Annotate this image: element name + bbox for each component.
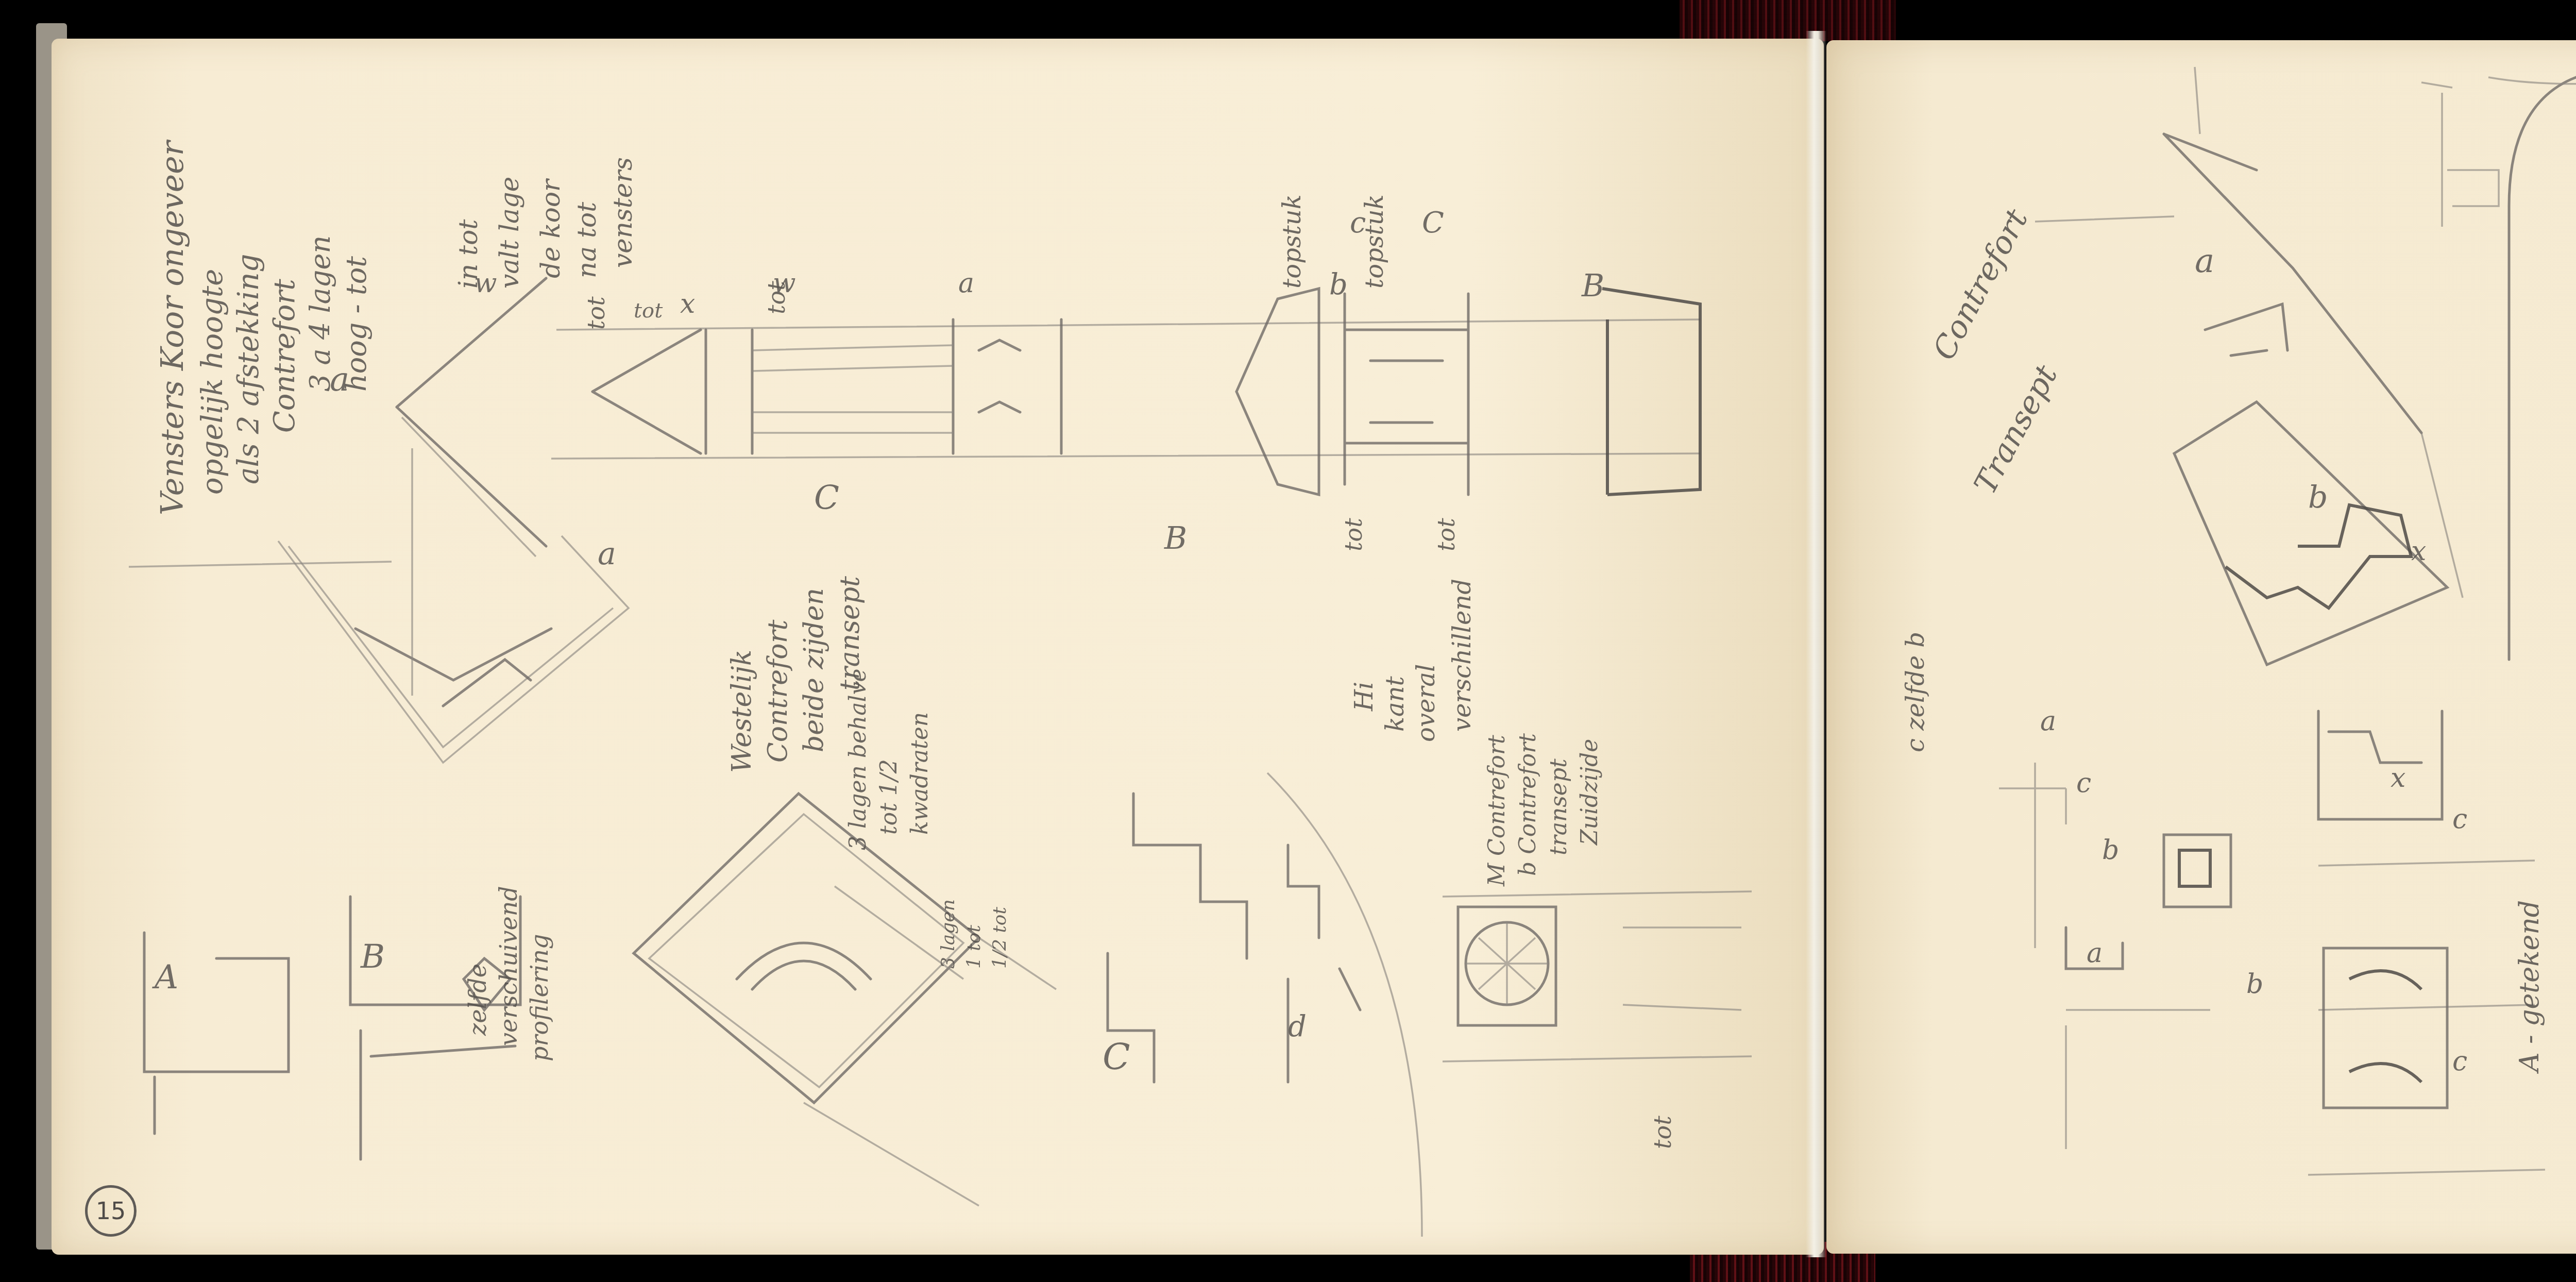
letter-a-1: a	[330, 361, 349, 399]
note-a-getekend: A - getekend	[2514, 900, 2545, 1072]
letter-w-2: w	[773, 268, 796, 299]
letter-a-r1: a	[2195, 242, 2214, 280]
letter-a-2: a	[598, 536, 616, 572]
stepped-plan-and-rosette	[1108, 773, 1752, 1237]
note-tot-5: tot	[1649, 1116, 1676, 1149]
letter-B-2: B	[1164, 520, 1187, 556]
tall-arch-window	[2421, 72, 2576, 660]
pencil-sketches	[0, 0, 2576, 1282]
letter-C-2: C	[1103, 1036, 1130, 1078]
note-tot-3: tot	[1340, 518, 1367, 551]
note-c-zelfde-b: c zelfde b	[1901, 632, 1930, 752]
letter-b-r1: b	[2308, 479, 2328, 515]
letter-c: c	[1350, 206, 1366, 240]
note-topstuk-1: topstuk	[1278, 194, 1307, 289]
letter-C-1: C	[814, 479, 839, 517]
letter-w-1: w	[474, 268, 497, 299]
letter-a-r2: a	[2040, 706, 2056, 737]
letter-c-r1: c	[2076, 768, 2091, 799]
letter-b: b	[1329, 268, 1348, 301]
letter-b-r3: b	[2246, 969, 2263, 1000]
letter-b-r2: b	[2102, 835, 2119, 866]
letter-c-r3: c	[2452, 1046, 2467, 1077]
letter-x-r1: x	[2411, 536, 2426, 567]
letter-d: d	[1288, 1010, 1307, 1043]
letter-B-1: B	[361, 938, 385, 976]
contrefort-transept-plan	[2035, 67, 2463, 665]
note-tot-4: tot	[1432, 518, 1460, 551]
buttress-elevation	[551, 289, 1700, 495]
letter-x-r2: x	[2391, 763, 2405, 794]
letter-B-3: B	[1582, 268, 1604, 304]
page-number-left: 15	[85, 1185, 137, 1237]
letter-a-3: a	[958, 268, 974, 299]
letter-x: x	[680, 289, 695, 319]
letter-A: A	[155, 958, 178, 997]
letter-tot: tot	[634, 299, 663, 323]
letter-a-r3: a	[2087, 938, 2103, 969]
arch-perspective	[634, 794, 1056, 1206]
letter-c-r2: c	[2452, 804, 2467, 835]
note-tot-1: tot	[582, 296, 610, 330]
letter-C-3: C	[1422, 206, 1444, 240]
